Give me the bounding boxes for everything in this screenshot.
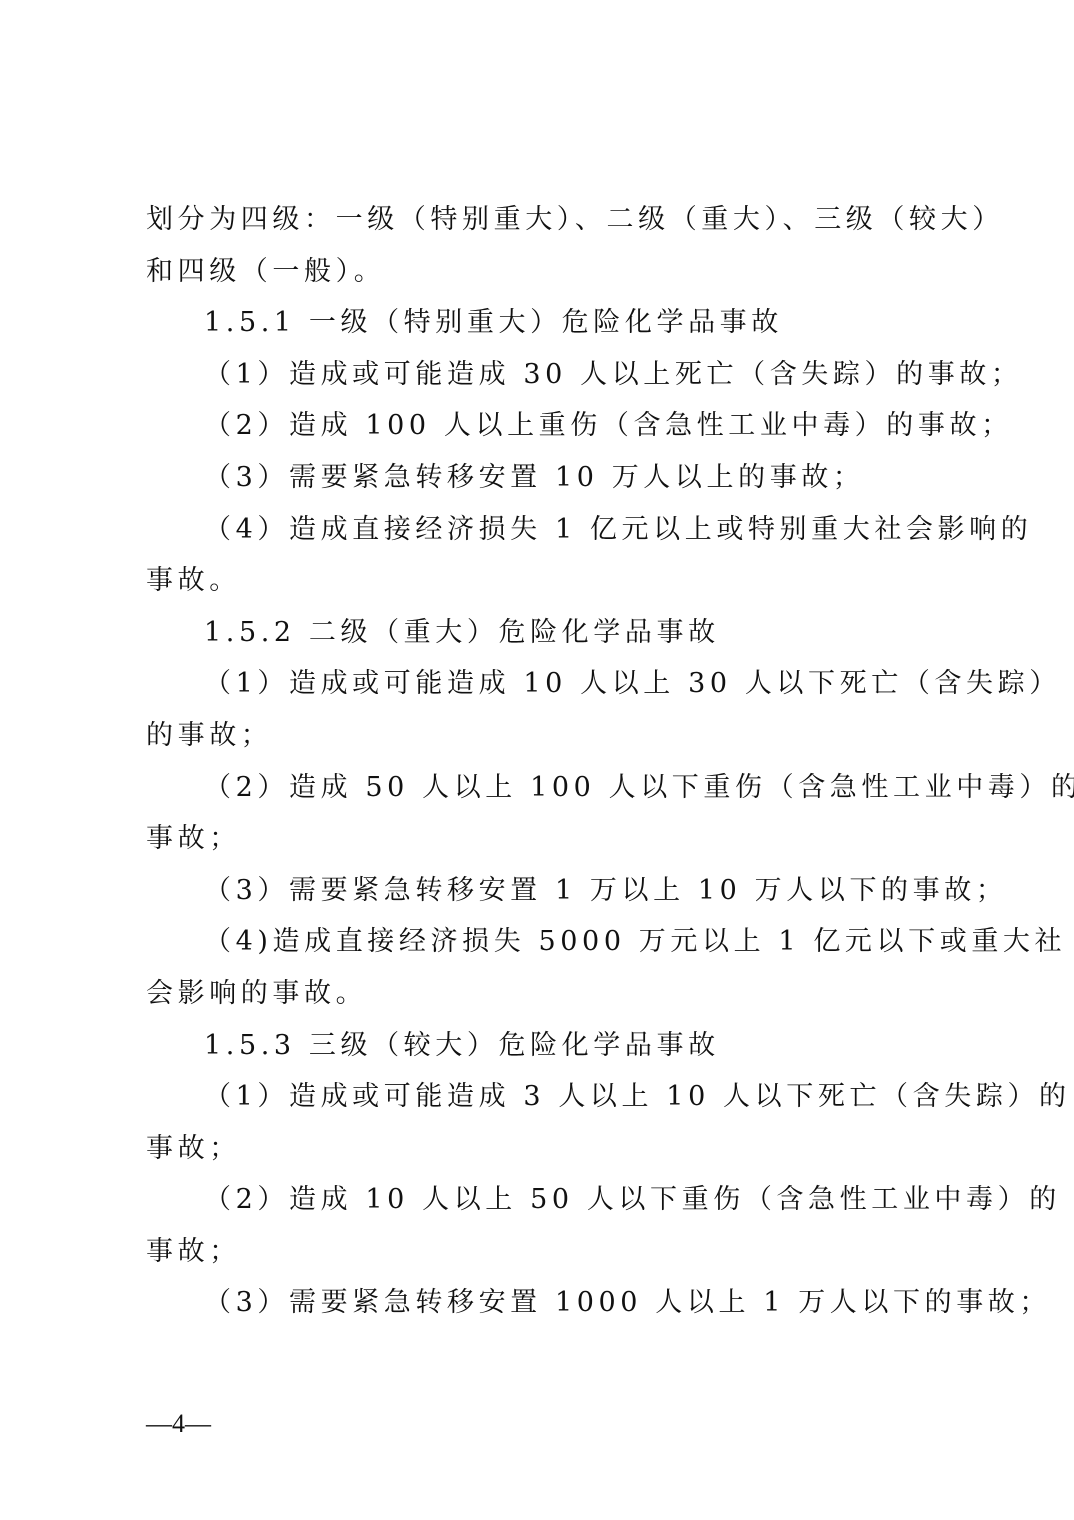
list-item-1-5-1-1: （1）造成或可能造成 30 人以上死亡（含失踪）的事故； — [146, 349, 942, 401]
list-item-1-5-2-4-cont: 会影响的事故。 — [146, 968, 942, 1020]
page-number: —4— — [146, 1409, 211, 1439]
list-item-1-5-3-3: （3）需要紧急转移安置 1000 人以上 1 万人以下的事故； — [146, 1277, 942, 1329]
list-item-1-5-3-2-cont: 事故； — [146, 1226, 942, 1278]
list-item-1-5-3-1: （1）造成或可能造成 3 人以上 10 人以下死亡（含失踪）的 — [146, 1071, 942, 1123]
paragraph-line-classification-intro: 划分为四级：一级（特别重大）、二级（重大）、三级（较大） — [146, 194, 942, 246]
list-item-1-5-2-1-cont: 的事故； — [146, 710, 942, 762]
paragraph-line-classification-end: 和四级（一般）。 — [146, 246, 942, 298]
list-item-1-5-2-2: （2）造成 50 人以上 100 人以下重伤（含急性工业中毒）的 — [146, 762, 942, 814]
list-item-1-5-2-1: （1）造成或可能造成 10 人以上 30 人以下死亡（含失踪） — [146, 658, 942, 710]
section-heading-1-5-1: 1.5.1 一级（特别重大）危险化学品事故 — [146, 297, 942, 349]
list-item-1-5-3-2: （2）造成 10 人以上 50 人以下重伤（含急性工业中毒）的 — [146, 1174, 942, 1226]
list-item-1-5-1-3: （3）需要紧急转移安置 10 万人以上的事故； — [146, 452, 942, 504]
document-page: 划分为四级：一级（特别重大）、二级（重大）、三级（较大） 和四级（一般）。 1.… — [0, 0, 1074, 1520]
list-item-1-5-2-2-cont: 事故； — [146, 813, 942, 865]
list-item-1-5-2-3: （3）需要紧急转移安置 1 万以上 10 万人以下的事故； — [146, 865, 942, 917]
body-text: 划分为四级：一级（特别重大）、二级（重大）、三级（较大） 和四级（一般）。 1.… — [146, 194, 942, 1329]
list-item-1-5-1-4-cont: 事故。 — [146, 555, 942, 607]
list-item-1-5-3-1-cont: 事故； — [146, 1123, 942, 1175]
list-item-1-5-1-2: （2）造成 100 人以上重伤（含急性工业中毒）的事故； — [146, 400, 942, 452]
section-heading-1-5-3: 1.5.3 三级（较大）危险化学品事故 — [146, 1020, 942, 1072]
list-item-1-5-1-4: （4）造成直接经济损失 1 亿元以上或特别重大社会影响的 — [146, 504, 942, 556]
list-item-1-5-2-4: （4)造成直接经济损失 5000 万元以上 1 亿元以下或重大社 — [146, 916, 942, 968]
section-heading-1-5-2: 1.5.2 二级（重大）危险化学品事故 — [146, 607, 942, 659]
